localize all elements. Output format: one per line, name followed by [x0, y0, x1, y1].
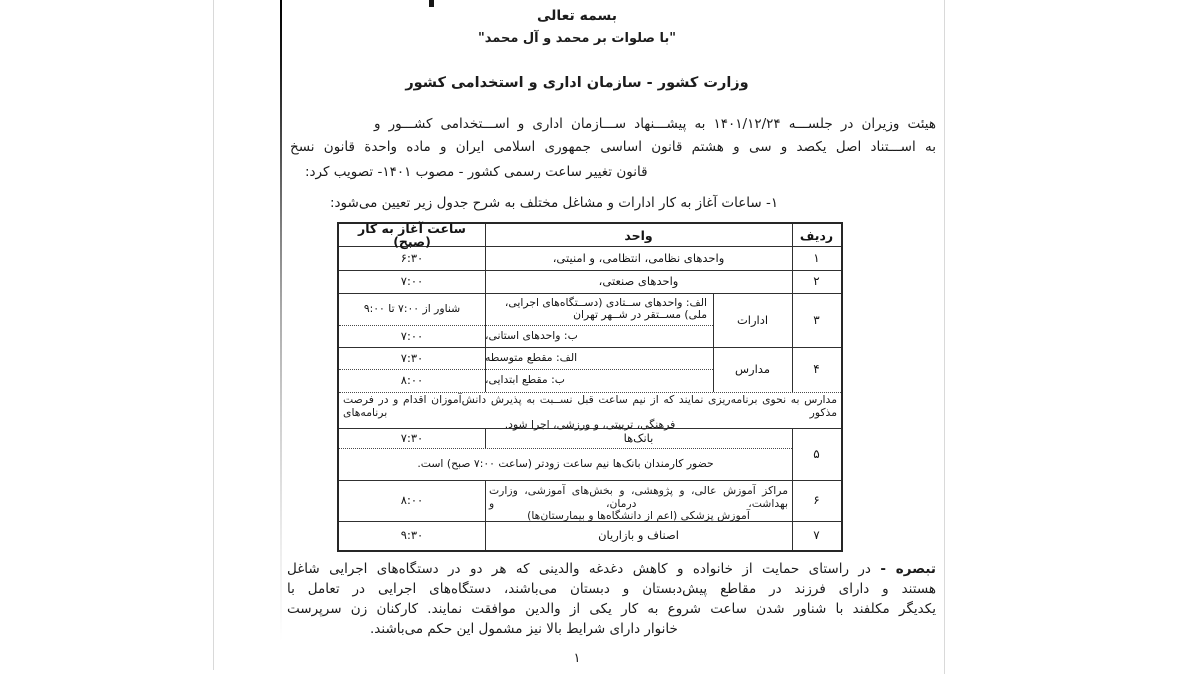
- table-cell-r3-category: ادارات: [713, 293, 792, 347]
- table-cell-r4a-time: ۷:۳۰: [339, 347, 485, 369]
- table-cell-r3b-unit: ب: واحدهای استانی،: [485, 325, 713, 347]
- table-note-r4-line1: مدارس به نحوی برنامه‌ریزی نمایند که از ن…: [343, 394, 837, 419]
- table-cell-r4-category: مدارس: [713, 347, 792, 392]
- table-cell-r3b-time: ۷:۰۰: [339, 325, 485, 347]
- table-header-radif: ردیف: [792, 224, 841, 246]
- work-hours-table: ساعت آغاز به کار (صبح) واحد ردیف ۶:۳۰ وا…: [337, 222, 843, 552]
- table-header-time: ساعت آغاز به کار (صبح): [339, 224, 485, 246]
- page-edge-right-line: [944, 0, 945, 674]
- table-cell-r5-unit: بانک‌ها: [485, 428, 792, 448]
- tabsereh-line-2: هستند و دارای فرزند در مقاطع پیش‌دبستان …: [287, 580, 936, 599]
- table-cell-r5-time: ۷:۳۰: [339, 428, 485, 448]
- table-cell-r3a-time: شناور از ۷:۰۰ تا ۹:۰۰: [339, 293, 485, 325]
- intro-line-1: هیئت وزیران در جلســـه ۱۴۰۱/۱۲/۲۴ به پیش…: [374, 115, 936, 134]
- table-cell-r2-time: ۷:۰۰: [339, 270, 485, 293]
- table-cell-r7-time: ۹:۳۰: [339, 521, 485, 550]
- ministry-heading: وزارت کشور - سازمان اداری و استخدامی کشو…: [0, 75, 1154, 91]
- tabsereh-line-3: یکدیگر مکلفند با شناور شدن ساعت شروع به …: [287, 600, 936, 619]
- table-cell-r2-radif: ۲: [792, 270, 841, 293]
- scan-artifact-top-mark: [429, 0, 434, 7]
- table-cell-r7-unit: اصناف و بازاریان: [485, 521, 792, 550]
- table-cell-r1-unit: واحدهای نظامی، انتظامی، و امنیتی،: [485, 246, 792, 270]
- table-cell-r1-radif: ۱: [792, 246, 841, 270]
- table-cell-r7-radif: ۷: [792, 521, 841, 550]
- table-cell-r4b-unit: ب: مقطع ابتدایی،: [485, 369, 713, 392]
- tabsereh-line-4: خانوار دارای شرایط بالا نیز مشمول این حک…: [370, 620, 678, 639]
- table-cell-r2-unit: واحدهای صنعتی،: [485, 270, 792, 293]
- intro-line-3: قانون تغییر ساعت رسمی کشور - مصوب ۱۴۰۱- …: [305, 163, 648, 182]
- table-cell-r6-time: ۸:۰۰: [339, 480, 485, 521]
- table-cell-r3a-unit: الف: واحدهای ســتادی (دســتگاه‌های اجرای…: [485, 293, 713, 325]
- tabsereh-line-1: تبصره - در راستای حمایت از خانواده و کاه…: [287, 560, 936, 579]
- tabsereh-label: تبصره -: [880, 561, 936, 577]
- table-note-r4: مدارس به نحوی برنامه‌ریزی نمایند که از ن…: [343, 394, 837, 426]
- document-page: { "page": { "bismillah": "بسمه تعالی", "…: [0, 0, 1200, 674]
- intro-line-4: ۱- ساعات آغاز به کار ادارات و مشاغل مختل…: [330, 194, 778, 213]
- table-cell-r1-time: ۶:۳۰: [339, 246, 485, 270]
- salawat-text: "با صلوات بر محمد و آل محمد": [0, 31, 1154, 46]
- table-cell-r4b-time: ۸:۰۰: [339, 369, 485, 392]
- tabsereh-line-1-text: در راستای حمایت از خانواده و کاهش دغدغه …: [287, 561, 880, 577]
- page-edge-left-line: [213, 0, 214, 670]
- table-cell-r6-unit-line1: مراکز آموزش عالی، و پژوهشی، و بخش‌های آم…: [489, 485, 788, 510]
- table-cell-r4a-unit: الف: مقطع متوسطه: [485, 347, 713, 369]
- table-cell-r5-radif: ۵: [792, 428, 841, 480]
- table-cell-r4-radif: ۴: [792, 347, 841, 392]
- table-header-unit: واحد: [485, 224, 792, 246]
- table-cell-r3-radif: ۳: [792, 293, 841, 347]
- table-note-r5: حضور کارمندان بانک‌ها نیم ساعت زودتر (سا…: [339, 448, 792, 480]
- table-cell-r6-unit: مراکز آموزش عالی، و پژوهشی، و بخش‌های آم…: [489, 485, 788, 523]
- table-cell-r6-radif: ۶: [792, 480, 841, 521]
- intro-line-2: به اســـتناد اصل یکصد و سی و هشتم قانون …: [290, 138, 936, 157]
- bismillah-text: بسمه تعالی: [0, 8, 1154, 24]
- page-number: ۱: [0, 651, 1154, 666]
- scan-artifact-vertical-line: [280, 0, 282, 642]
